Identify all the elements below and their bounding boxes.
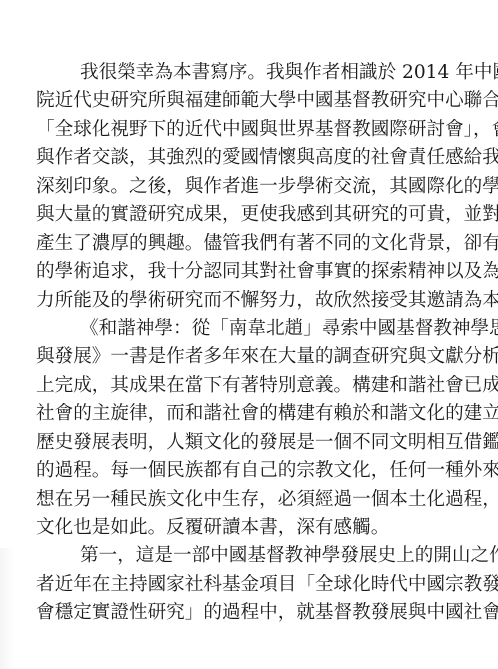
text-line-12: 上完成，其成果在當下有著特別意義。構建和諧社會已成為當今 (36, 372, 461, 400)
text-line-2: 院近代史研究所與福建師範大學中國基督教研究中心聯合舉辦的 (36, 87, 461, 115)
text-line-7: 產生了濃厚的興趣。儘管我們有著不同的文化背景，卻有著一致 (36, 230, 461, 258)
text-line-4: 與作者交談，其強烈的愛國情懷與高度的社會責任感給我留下了 (36, 144, 461, 172)
text-line-18: 第一，這是一部中國基督教神學發展史上的開山之作。筆 (36, 542, 461, 570)
text-line-5: 深刻印象。之後，與作者進一步學術交流，其國際化的學術視野 (36, 173, 461, 201)
text-line-3: 「全球化視野下的近代中國與世界基督教國際研討會」，會議期間 (36, 116, 461, 144)
book-page: 我很榮幸為本書寫序。我與作者相識於 2014 年中國社會科學 院近代史研究所與福… (0, 0, 498, 669)
text-line-17: 文化也是如此。反覆研讀本書，深有感觸。 (36, 514, 461, 542)
text-line-14: 歷史發展表明，人類文化的發展是一個不同文明相互借鑑、融合 (36, 429, 461, 457)
text-line-13: 社會的主旋律，而和諧社會的構建有賴於和諧文化的建立。人類 (36, 400, 461, 428)
text-line-10: 《和諧神學：從「南韋北趙」尋索中國基督教神學思想的根源 (36, 315, 461, 343)
text-line-15: 的過程。每一個民族都有自己的宗教文化，任何一種外來文化要 (36, 457, 461, 485)
text-line-20: 會穩定實證性研究」的過程中，就基督教發展與中國社會穩定問 (36, 599, 461, 627)
text-line-8: 的學術追求，我十分認同其對社會事實的探索精神以及為社會做 (36, 258, 461, 286)
page-edge-shadow (0, 548, 14, 669)
text-line-19: 者近年在主持國家社科基金項目「全球化時代中國宗教發展與社 (36, 571, 461, 599)
text-line-6: 與大量的實證研究成果，更使我感到其研究的可貴，並對其研究 (36, 201, 461, 229)
text-line-9: 力所能及的學術研究而不懈努力，故欣然接受其邀請為本書寫序。 (36, 287, 461, 315)
preface-text: 我很榮幸為本書寫序。我與作者相識於 2014 年中國社會科學 院近代史研究所與福… (36, 59, 461, 628)
text-line-1: 我很榮幸為本書寫序。我與作者相識於 2014 年中國社會科學 (36, 59, 461, 87)
text-line-11: 與發展》一書是作者多年來在大量的調查研究與文獻分析的基礎 (36, 343, 461, 371)
text-line-16: 想在另一種民族文化中生存，必須經過一個本土化過程，基督教 (36, 486, 461, 514)
